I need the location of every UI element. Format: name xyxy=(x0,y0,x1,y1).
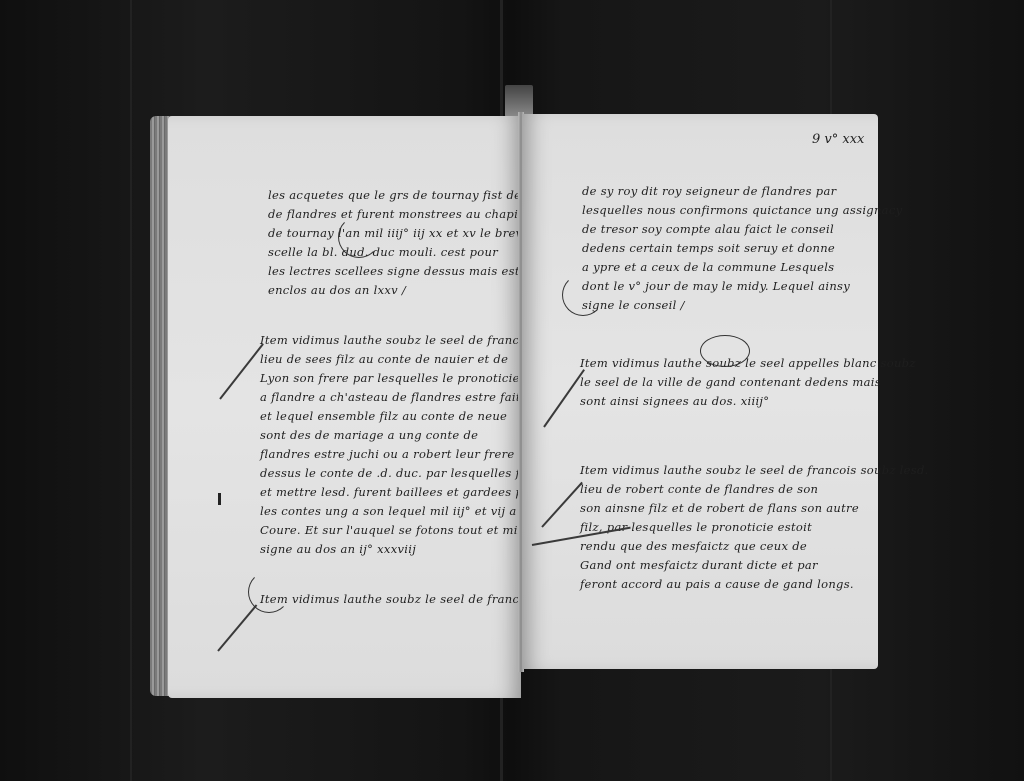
text-line: filz, par lesquelles le pronoticie estoi… xyxy=(580,518,929,537)
margin-pen-stroke xyxy=(219,343,264,399)
margin-mark xyxy=(218,493,221,505)
text-line: sont ainsi signees au dos. xiiij° xyxy=(580,392,916,411)
text-line: rendu que des mesfaictz que ceux de xyxy=(580,537,929,556)
right-entry-3: Item vidimus lauthe soubz le seel de fra… xyxy=(580,461,929,594)
text-line: de sy roy dit roy seigneur de flandres p… xyxy=(582,182,902,201)
ink-flourish xyxy=(248,571,290,613)
text-line: de tresor soy compte alau faict le conse… xyxy=(582,220,902,239)
text-line: lieu de robert conte de flandres de son xyxy=(580,480,929,499)
text-line: le seel de la ville de gand contenant de… xyxy=(580,373,916,392)
ink-flourish xyxy=(562,274,604,316)
text-line: feront accord au pais a cause de gand lo… xyxy=(580,575,929,594)
ink-flourish xyxy=(338,216,380,258)
text-line: dont le v° jour de may le midy. Lequel a… xyxy=(582,277,902,296)
text-line: son ainsne filz et de robert de flans so… xyxy=(580,499,929,518)
text-line: Gand ont mesfaictz durant dicte et par xyxy=(580,556,929,575)
margin-pen-stroke xyxy=(543,369,585,427)
background-fold xyxy=(130,0,132,781)
folio-number: 9 v° xxx xyxy=(812,132,864,147)
right-entry-1: de sy roy dit roy seigneur de flandres p… xyxy=(582,182,902,315)
text-line: a ypre et a ceux de la commune Lesquels xyxy=(582,258,902,277)
margin-pen-stroke xyxy=(541,482,583,528)
text-line: signe le conseil / xyxy=(582,296,902,315)
text-line: lesquelles nous confirmons quictance ung… xyxy=(582,201,902,220)
right-page: 9 v° xxx de sy roy dit roy seigneur de f… xyxy=(522,114,878,669)
ink-loop-mark xyxy=(700,335,750,367)
left-page: les acquetes que le grs de tournay fist … xyxy=(168,116,521,698)
text-line: dedens certain temps soit seruy et donne xyxy=(582,239,902,258)
margin-pen-stroke xyxy=(217,604,257,651)
text-line: Item vidimus lauthe soubz le seel de fra… xyxy=(580,461,929,480)
right-entry-2: Item vidimus lauthe soubz le seel appell… xyxy=(580,354,916,411)
